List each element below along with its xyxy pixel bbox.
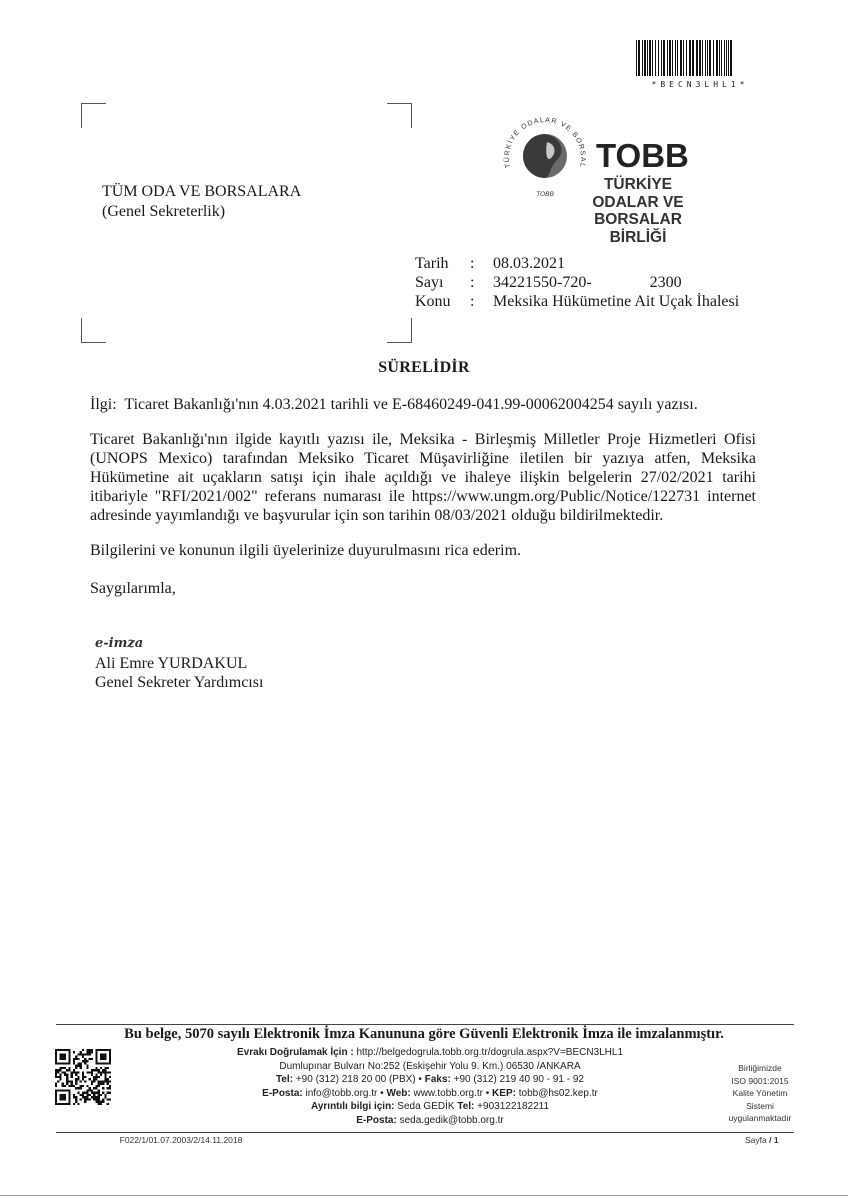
bullet: •	[486, 1088, 490, 1099]
form-code: F022/1/01.07.2003/2/14.11.2018	[56, 1135, 306, 1145]
meta-number-row: Sayı : 34221550-720- 2300	[415, 273, 739, 292]
address-frame-corner-top-left	[81, 103, 106, 128]
address-frame-corner-bottom-right	[387, 318, 412, 343]
meta-number-label: Sayı	[415, 273, 470, 292]
address-frame-corner-bottom-left	[81, 318, 106, 343]
meta-separator: :	[470, 292, 493, 311]
footer-divider-top	[56, 1024, 794, 1025]
meta-date-row: Tarih : 08.03.2021	[415, 254, 739, 273]
address-frame-corner-top-right	[387, 103, 412, 128]
email-link[interactable]: info@tobb.org.tr	[306, 1088, 378, 1099]
iso-line: Sistemi	[715, 1100, 805, 1113]
phone-line: Tel: +90 (312) 218 20 00 (PBX) • Faks: +…	[180, 1073, 680, 1087]
recipient-name: TÜM ODA VE BORSALARA	[102, 182, 301, 202]
barcode	[636, 40, 764, 76]
meta-date-value: 08.03.2021	[493, 254, 565, 273]
address-line: Dumlupınar Bulvarı No:252 (Eskişehir Yol…	[180, 1060, 680, 1074]
signer-title: Genel Sekreter Yardımcısı	[95, 674, 263, 692]
recipient-department: (Genel Sekreterlik)	[102, 202, 301, 222]
iso-line: ISO 9001:2015	[715, 1075, 805, 1088]
document-meta: Tarih : 08.03.2021 Sayı : 34221550-720- …	[415, 254, 739, 311]
meta-subject-label: Konu	[415, 292, 470, 311]
meta-subject-row: Konu : Meksika Hükümetine Ait Uçak İhale…	[415, 292, 739, 311]
kep-value: tobb@hs02.kep.tr	[519, 1088, 598, 1099]
logo-subtitle: TÜRKİYE ODALAR VE BORSALAR BİRLİĞİ	[548, 176, 728, 246]
iso-line: Birliğimizde	[715, 1062, 805, 1075]
logo-subtitle-line2: ODALAR VE BORSALAR	[548, 194, 728, 229]
online-line: E-Posta: info@tobb.org.tr • Web: www.tob…	[180, 1087, 680, 1101]
urgent-heading: SÜRELİDİR	[0, 359, 848, 377]
meta-number-suffix: 2300	[650, 273, 682, 292]
page-label: Sayfa	[745, 1135, 767, 1145]
recipient-block: TÜM ODA VE BORSALARA (Genel Sekreterlik)	[102, 182, 301, 222]
meta-date-label: Tarih	[415, 254, 470, 273]
tel-label: Tel:	[276, 1074, 293, 1085]
contact-email-line: E-Posta: seda.gedik@tobb.org.tr	[180, 1114, 680, 1128]
bullet: •	[418, 1074, 422, 1085]
page-number: Sayfa / 1	[745, 1135, 779, 1145]
logo-subtitle-line3: BİRLİĞİ	[548, 229, 728, 247]
contact-name: Seda GEDİK	[397, 1101, 454, 1112]
email-label: E-Posta:	[262, 1088, 303, 1099]
meta-subject-value: Meksika Hükümetine Ait Uçak İhalesi	[493, 292, 739, 311]
verify-label: Evrakı Doğrulamak İçin :	[237, 1047, 354, 1058]
contact-tel-label: Tel:	[457, 1101, 474, 1112]
footer-legal-notice: Bu belge, 5070 sayılı Elektronik İmza Ka…	[0, 1026, 848, 1043]
contact-email-link[interactable]: seda.gedik@tobb.org.tr	[400, 1115, 504, 1126]
contact-tel-value: +903122182211	[477, 1101, 549, 1112]
greeting: Saygılarımla,	[90, 580, 176, 598]
barcode-text: *BECN3LHL1*	[636, 80, 764, 89]
tel-value: +90 (312) 218 20 00 (PBX)	[296, 1074, 416, 1085]
meta-separator: :	[470, 273, 493, 292]
iso-notice: Birliğimizde ISO 9001:2015 Kalite Yöneti…	[715, 1062, 805, 1125]
qr-code-icon	[55, 1049, 111, 1105]
contact-person-line: Ayrıntılı bilgi için: Seda GEDİK Tel: +9…	[180, 1100, 680, 1114]
logo-title: TOBB	[596, 138, 689, 174]
web-label: Web:	[386, 1088, 410, 1099]
logo-subtitle-line1: TÜRKİYE	[548, 176, 728, 194]
footer-contact-block: Evrakı Doğrulamak İçin : http://belgedog…	[180, 1046, 680, 1127]
reference-line: İlgi: Ticaret Bakanlığı'nın 4.03.2021 ta…	[90, 396, 698, 414]
iso-line: Kalite Yönetim	[715, 1087, 805, 1100]
signer-name: Ali Emre YURDAKUL	[95, 655, 247, 673]
contact-email-label: E-Posta:	[356, 1115, 397, 1126]
closing-request: Bilgilerini ve konunun ilgili üyeleriniz…	[90, 542, 521, 560]
page-edge-line	[0, 1195, 848, 1196]
verify-line: Evrakı Doğrulamak İçin : http://belgedog…	[180, 1046, 680, 1060]
web-link[interactable]: www.tobb.org.tr	[413, 1088, 482, 1099]
footer-divider-bottom	[56, 1132, 794, 1133]
body-paragraph: Ticaret Bakanlığı'nın ilgide kayıtlı yaz…	[90, 430, 756, 525]
page-value: / 1	[769, 1135, 778, 1145]
bullet: •	[380, 1088, 384, 1099]
contact-label: Ayrıntılı bilgi için:	[311, 1101, 395, 1112]
fax-value: +90 (312) 219 40 90 - 91 - 92	[454, 1074, 584, 1085]
meta-number-value: 34221550-720-	[493, 273, 592, 292]
iso-line: uygulanmaktadır	[715, 1112, 805, 1125]
e-signature-mark: e-imza	[95, 636, 143, 651]
meta-separator: :	[470, 254, 493, 273]
fax-label: Faks:	[425, 1074, 451, 1085]
kep-label: KEP:	[492, 1088, 516, 1099]
verify-link[interactable]: http://belgedogrula.tobb.org.tr/dogrula.…	[356, 1047, 623, 1058]
